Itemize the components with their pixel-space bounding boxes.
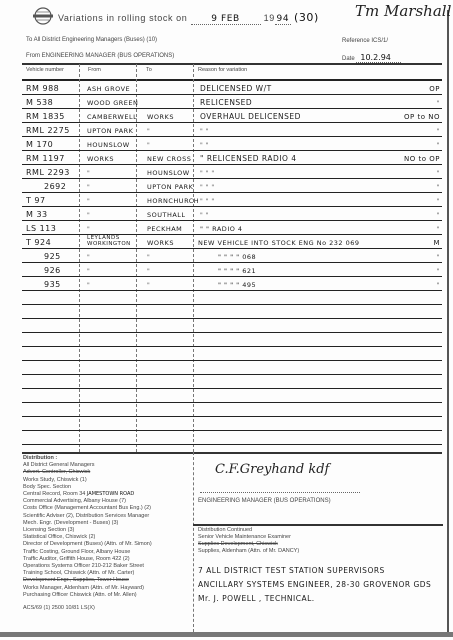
reason: " " " " 621: [218, 267, 256, 275]
distribution-item: Licensing Section (3): [23, 527, 191, 534]
blank-row: [22, 417, 442, 431]
handwritten-insert: JAMESTOWN ROAD: [87, 491, 134, 497]
code: ": [437, 254, 440, 261]
code: ": [437, 128, 440, 135]
reason: " " RADIO 4: [200, 225, 243, 233]
vehicle-number: RM 1197: [26, 154, 65, 163]
to: ": [147, 282, 150, 289]
to: WORKS: [147, 113, 174, 121]
to: NEW CROSS: [147, 155, 191, 163]
vehicle-number: 925: [44, 252, 61, 261]
date: Date 10.2.94: [342, 53, 401, 62]
distribution-item: Traffic Auditor, Griffith House, Room 42…: [23, 556, 191, 563]
to-line: To All District Engineering Managers (Bu…: [26, 37, 157, 43]
reason: " " ": [200, 198, 215, 205]
distribution-item: Supplies, Aldenham (Attn. of Mr. DANCY): [198, 548, 299, 555]
from: ": [87, 212, 90, 219]
vehicle-number: M 170: [26, 140, 53, 149]
date-label: Date: [342, 56, 355, 62]
to: ": [147, 128, 150, 135]
reason: " " ": [200, 184, 215, 191]
distribution-item: Director of Development (Buses) (Attn. o…: [23, 541, 191, 548]
code: ": [437, 198, 440, 205]
distribution-item: All District General Managers: [23, 462, 191, 469]
from: CAMBERWELL: [87, 113, 137, 121]
divider: [193, 524, 443, 526]
vehicle-number: M 33: [26, 210, 48, 219]
document-page: Variations in rolling stock on 9 FEB 199…: [0, 0, 453, 640]
column-divider: [193, 452, 194, 632]
table-row: RML 2275 UPTON PARK " " " ": [22, 123, 442, 137]
code: ": [437, 268, 440, 275]
reference: Reference ICS/1/: [342, 38, 388, 44]
table-row: 935 " " " " " " 495 ": [22, 277, 442, 291]
from: LEYLANDS WORKINGTON: [87, 235, 143, 247]
blank-row: [22, 333, 442, 347]
from: ": [87, 184, 90, 191]
code: ": [437, 226, 440, 233]
table-row: T 97 " HORNCHURCH " " " ": [22, 193, 442, 207]
signatory-title: ENGINEERING MANAGER (BUS OPERATIONS): [198, 498, 331, 504]
to: SOUTHALL: [147, 211, 186, 219]
table-row: RM 1835 CAMBERWELL WORKS OVERHAUL DELICE…: [22, 109, 442, 123]
reason: " " " " 495: [218, 281, 256, 289]
from: ": [87, 282, 90, 289]
vehicle-number: 2692: [44, 182, 66, 191]
code: NO to OP: [404, 155, 440, 163]
from-line: From ENGINEERING MANAGER (BUS OPERATIONS…: [26, 53, 174, 59]
divider: [22, 452, 442, 454]
to: ": [147, 254, 150, 261]
distribution-item: Mech. Engr. (Development - Buses) (3): [23, 520, 191, 527]
reason: " ": [200, 142, 209, 149]
reference-label: Reference: [342, 38, 370, 44]
distribution-item: Supplies Development, Chiswick: [198, 541, 299, 548]
from: WOOD GREEN: [87, 99, 138, 107]
distribution-item: Traffic Costing, Ground Floor, Albany Ho…: [23, 549, 191, 556]
distribution-list: Distribution : All District General Mana…: [23, 455, 191, 612]
distribution-item: Costs Office (Management Accountant Bus …: [23, 505, 191, 512]
handwritten-distribution: 7 ALL DISTRICT TEST STATION SUPERVISORS …: [198, 564, 431, 606]
distribution-item: Advert. Controller, Chiswick: [23, 469, 191, 476]
title-prefix: Variations in rolling stock on: [58, 13, 187, 23]
from: ": [87, 226, 90, 233]
distribution-item: Senior Vehicle Maintenance Examiner: [198, 534, 299, 541]
to: WORKS: [147, 239, 174, 247]
from: HOUNSLOW: [87, 141, 130, 149]
distribution-item: Development Engr., Supplies, Tower House: [23, 577, 191, 584]
table-row: 925 " " " " " " 068 ": [22, 249, 442, 263]
to: PECKHAM: [147, 225, 182, 233]
page-bottom-edge: [0, 632, 453, 637]
signature-line: [200, 492, 360, 493]
distribution-item: Works Manager, Aldenham (Attn. of Mr. Ha…: [23, 585, 191, 592]
code: OP: [429, 85, 440, 93]
code: M: [433, 239, 440, 247]
distribution-item: Operations Systems Officer 210-212 Baker…: [23, 563, 191, 570]
table-row: M 33 " SOUTHALL " " ": [22, 207, 442, 221]
code: OP to NO: [404, 113, 440, 121]
from: ": [87, 268, 90, 275]
code: ": [437, 184, 440, 191]
col-header-vehicle: Vehicle number: [26, 67, 64, 73]
title-day-month: 9 FEB: [211, 14, 240, 24]
blank-row: [22, 319, 442, 333]
vehicle-number: LS 113: [26, 224, 56, 233]
blank-row: [22, 403, 442, 417]
title-year-prefix: 19: [264, 13, 275, 23]
col-header-reason: Reason for variation: [198, 67, 247, 73]
vehicle-number: 935: [44, 280, 61, 289]
blank-row: [22, 389, 442, 403]
distribution-continued: Distribution Continued Senior Vehicle Ma…: [198, 527, 299, 555]
to: ": [147, 268, 150, 275]
distribution-heading: Distribution :: [23, 455, 191, 462]
reason: " " " " 068: [218, 253, 256, 261]
reason: " " ": [200, 170, 215, 177]
vehicle-number: RML 2293: [26, 168, 70, 177]
reason: " RELICENSED RADIO 4: [200, 154, 297, 163]
from: ": [87, 170, 90, 177]
handwritten-item: ANCILLARY SYSTEMS ENGINEER, 28-30 GROVEN…: [198, 578, 431, 592]
code: ": [437, 142, 440, 149]
document-title: Variations in rolling stock on 9 FEB 199…: [58, 11, 319, 25]
from: ASH GROVE: [87, 85, 130, 93]
code: ": [437, 212, 440, 219]
vehicle-number: T 97: [26, 196, 46, 205]
table-row: RM 988 ASH GROVE DELICENSED W/T OP: [22, 81, 442, 95]
distribution-item: Central Record, Room 34 JAMESTOWN ROAD: [23, 491, 191, 498]
code: ": [437, 170, 440, 177]
table-row: 926 " " " " " " 621 ": [22, 263, 442, 277]
form-code: ACS/69 (1) 2500 10/81 LS(X): [23, 605, 191, 612]
from: ": [87, 198, 90, 205]
distribution-item: Scientific Adviser (2), Distribution Ser…: [23, 513, 191, 520]
col-header-to: To: [146, 67, 152, 73]
blank-row: [22, 361, 442, 375]
code: ": [437, 282, 440, 289]
vehicle-number: 926: [44, 266, 61, 275]
blank-row: [22, 347, 442, 361]
roundel-logo-icon: [32, 5, 54, 27]
table-row: RM 1197 WORKS NEW CROSS " RELICENSED RAD…: [22, 151, 442, 165]
page-edge: [447, 10, 449, 635]
to: HORNCHURCH: [147, 197, 199, 205]
from: WORKS: [87, 155, 114, 163]
distribution-item: Works Study, Chiswick (1): [23, 477, 191, 484]
table-row: T 924 LEYLANDS WORKINGTON WORKS NEW VEHI…: [22, 235, 442, 249]
title-year: 94: [277, 14, 290, 24]
reason: NEW VEHICLE INTO STOCK ENG No 232 069: [198, 239, 360, 247]
col-header-from: From: [88, 67, 101, 73]
handwritten-name: Tm Marshall: [355, 2, 451, 20]
distribution-continued-heading: Distribution Continued: [198, 527, 299, 534]
blank-row: [22, 291, 442, 305]
distribution-item: Body Spec. Section: [23, 484, 191, 491]
reason: DELICENSED W/T: [200, 84, 272, 93]
vehicle-number: T 924: [26, 238, 51, 247]
from: ": [87, 254, 90, 261]
handwritten-item: 7 ALL DISTRICT TEST STATION SUPERVISORS: [198, 564, 431, 578]
table-row: M 170 HOUNSLOW " " " ": [22, 137, 442, 151]
to: UPTON PARK: [147, 183, 193, 191]
table-row: LS 113 " PECKHAM " " RADIO 4 ": [22, 221, 442, 235]
reference-value: ICS/1/: [371, 38, 388, 44]
table-row: M 538 WOOD GREEN RELICENSED ": [22, 95, 442, 109]
distribution-item: Commercial Advertising, Albany House (7): [23, 498, 191, 505]
issue-number: (30): [294, 11, 319, 24]
table-row: RML 2293 " HOUNSLOW " " " ": [22, 165, 442, 179]
code: ": [437, 100, 440, 107]
reason: " ": [200, 128, 209, 135]
reason: RELICENSED: [200, 98, 252, 107]
handwritten-item: Mr. J. POWELL , TECHNICAL.: [198, 592, 431, 606]
reason: " ": [200, 212, 209, 219]
distribution-item: Purchasing Officer Chiswick (Attn. of Mr…: [23, 592, 191, 599]
table-row: 2692 " UPTON PARK " " " ": [22, 179, 442, 193]
date-value: 10.2.94: [356, 53, 401, 63]
blank-row: [22, 431, 442, 445]
vehicle-number: RM 988: [26, 84, 59, 93]
blank-row: [22, 375, 442, 389]
distribution-item: Training School, Chiswick (Attn. of Mr. …: [23, 570, 191, 577]
distribution-item: Statistical Office, Chiswick (2): [23, 534, 191, 541]
to: ": [147, 142, 150, 149]
from: UPTON PARK: [87, 127, 133, 135]
vehicle-number: RM 1835: [26, 112, 65, 121]
to: HOUNSLOW: [147, 169, 190, 177]
reason: OVERHAUL DELICENSED: [200, 112, 301, 121]
signature: C.F.Greyhand kdf: [215, 462, 329, 477]
vehicle-number: RML 2275: [26, 126, 70, 135]
blank-row: [22, 305, 442, 319]
divider: [22, 63, 442, 65]
vehicle-number: M 538: [26, 98, 53, 107]
